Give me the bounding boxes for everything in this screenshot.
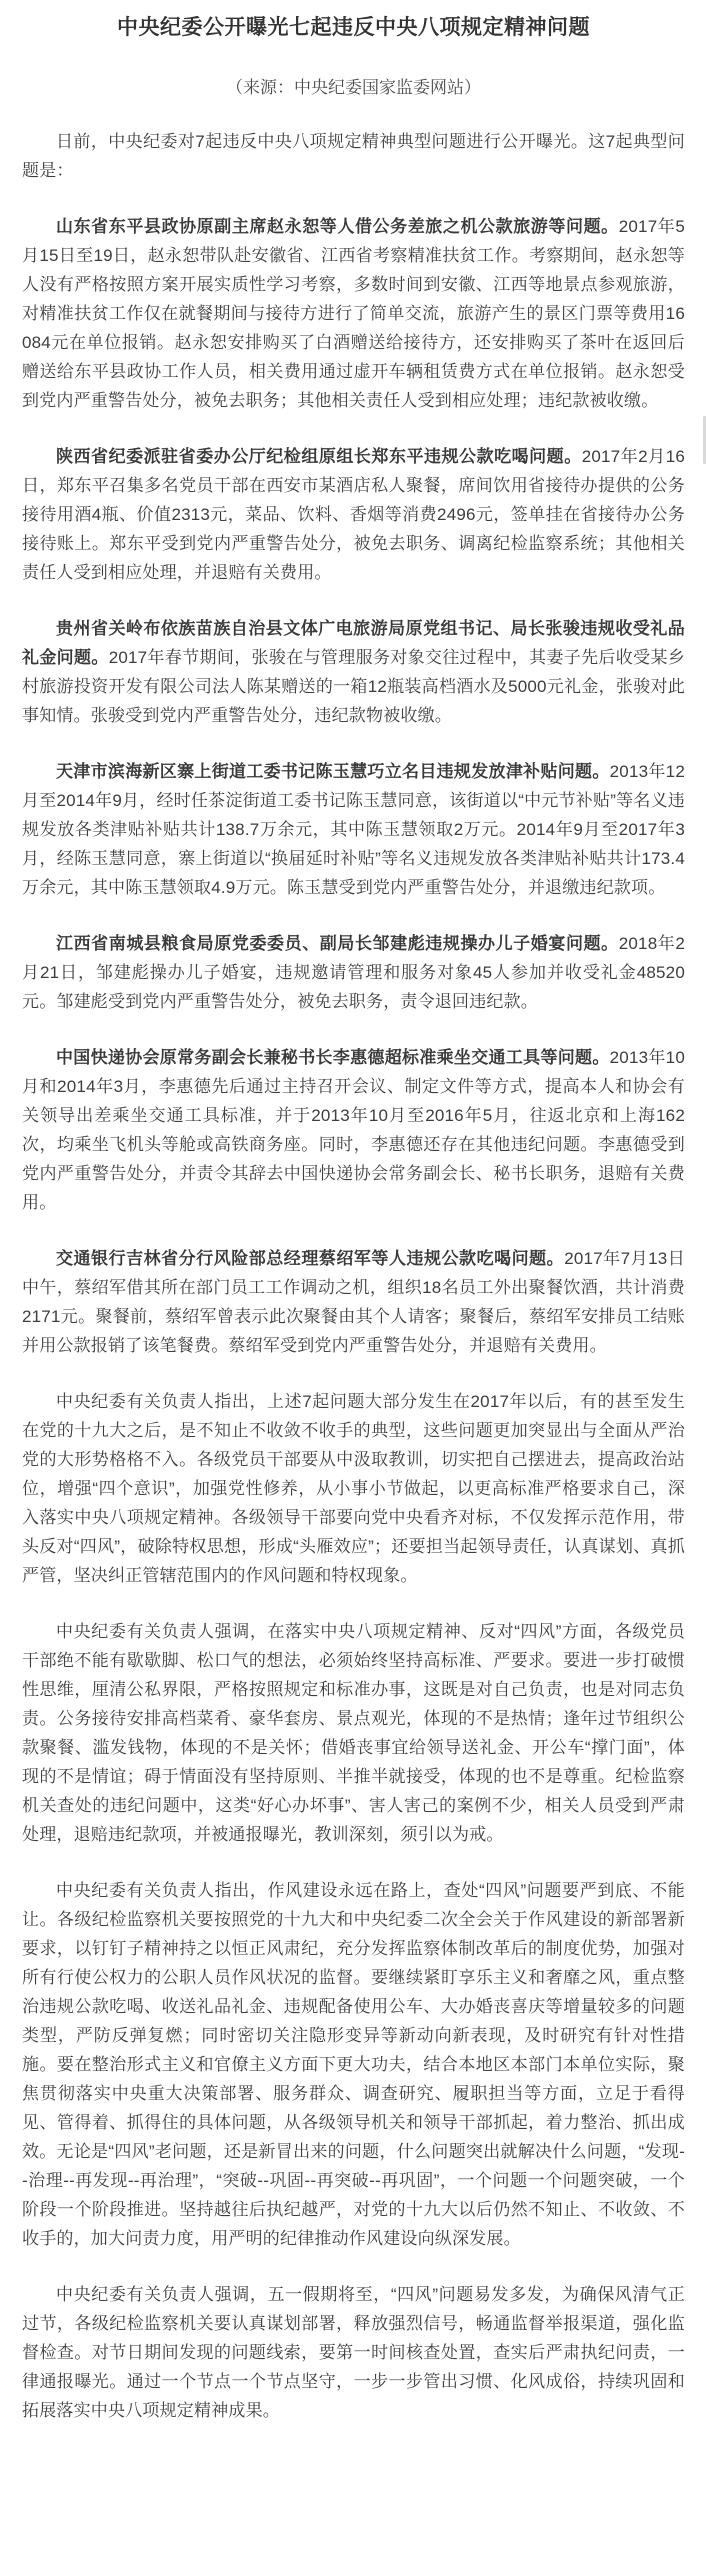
case-paragraph: 山东省东平县政协原副主席赵永恕等人借公务差旅之机公款旅游等问题。2017年5月1… (22, 212, 685, 415)
case-paragraph: 交通银行吉林省分行风险部总经理蔡绍军等人违规公款吃喝问题。2017年7月13日中… (22, 1244, 685, 1360)
case-paragraph: 中国快递协会原常务副会长兼秘书长李惠德超标准乘坐交通工具等问题。2013年10月… (22, 1043, 685, 1217)
scrollbar-thumb[interactable] (703, 416, 706, 464)
closing-paragraph: 中央纪委有关负责人强调，五一假期将至，“四风”问题易发多发，为确保风清气正过节，… (22, 2280, 685, 2425)
case-heading: 交通银行吉林省分行风险部总经理蔡绍军等人违规公款吃喝问题。 (56, 1249, 564, 1268)
case-body: 2013年10月和2014年3月，李惠德先后通过主持召开会议、制定文件等方式，提… (22, 1048, 685, 1212)
article-page: 中央纪委公开曝光七起违反中央八项规定精神问题 （来源：中央纪委国家监委网站） 日… (0, 0, 707, 2562)
case-heading: 江西省南城县粮食局原党委委员、副局长邹建彪违规操办儿子婚宴问题。 (56, 934, 619, 953)
case-body: 2017年2月16日，郑东平召集多名党员干部在西安市某酒店私人聚餐，席间饮用省接… (22, 447, 685, 582)
page-title: 中央纪委公开曝光七起违反中央八项规定精神问题 (22, 12, 685, 44)
case-body: 2017年5月15日至19日，赵永恕带队赴安徽省、江西省考察精准扶贫工作。考察期… (22, 217, 685, 410)
closing-paragraph: 中央纪委有关负责人指出，作风建设永远在路上，查处“四风”问题要严到底、不能让。各… (22, 1876, 685, 2253)
closing-paragraph: 中央纪委有关负责人指出，上述7起问题大部分发生在2017年以后，有的甚至发生在党… (22, 1387, 685, 1590)
case-paragraph: 天津市滨海新区寨上街道工委书记陈玉慧巧立名目违规发放津补贴问题。2013年12月… (22, 757, 685, 902)
article-body: 日前，中央纪委对7起违反中央八项规定精神典型问题进行公开曝光。这7起典型问题是：… (22, 127, 685, 2425)
case-heading: 中国快递协会原常务副会长兼秘书长李惠德超标准乘坐交通工具等问题。 (56, 1048, 610, 1067)
closing-paragraph: 中央纪委有关负责人强调，在落实中央八项规定精神、反对“四风”方面，各级党员干部绝… (22, 1617, 685, 1849)
case-body: 2017年春节期间，张骏在与管理服务对象交往过程中，其妻子先后收受某乡村旅游投资… (22, 648, 685, 725)
intro-paragraph: 日前，中央纪委对7起违反中央八项规定精神典型问题进行公开曝光。这7起典型问题是： (22, 127, 685, 185)
case-heading: 陕西省纪委派驻省委办公厅纪检组原组长郑东平违规公款吃喝问题。 (56, 447, 582, 466)
case-body: 2013年12月至2014年9月，经时任茶淀街道工委书记陈玉慧同意，该街道以“中… (22, 762, 685, 897)
source-line: （来源：中央纪委国家监委网站） (22, 76, 685, 100)
case-heading: 山东省东平县政协原副主席赵永恕等人借公务差旅之机公款旅游等问题。 (56, 217, 619, 236)
case-paragraph: 贵州省关岭布依族苗族自治县文体广电旅游局原党组书记、局长张骏违规收受礼品礼金问题… (22, 614, 685, 730)
case-paragraph: 陕西省纪委派驻省委办公厅纪检组原组长郑东平违规公款吃喝问题。2017年2月16日… (22, 442, 685, 587)
case-heading: 天津市滨海新区寨上街道工委书记陈玉慧巧立名目违规发放津补贴问题。 (56, 762, 610, 781)
case-paragraph: 江西省南城县粮食局原党委委员、副局长邹建彪违规操办儿子婚宴问题。2018年2月2… (22, 929, 685, 1016)
